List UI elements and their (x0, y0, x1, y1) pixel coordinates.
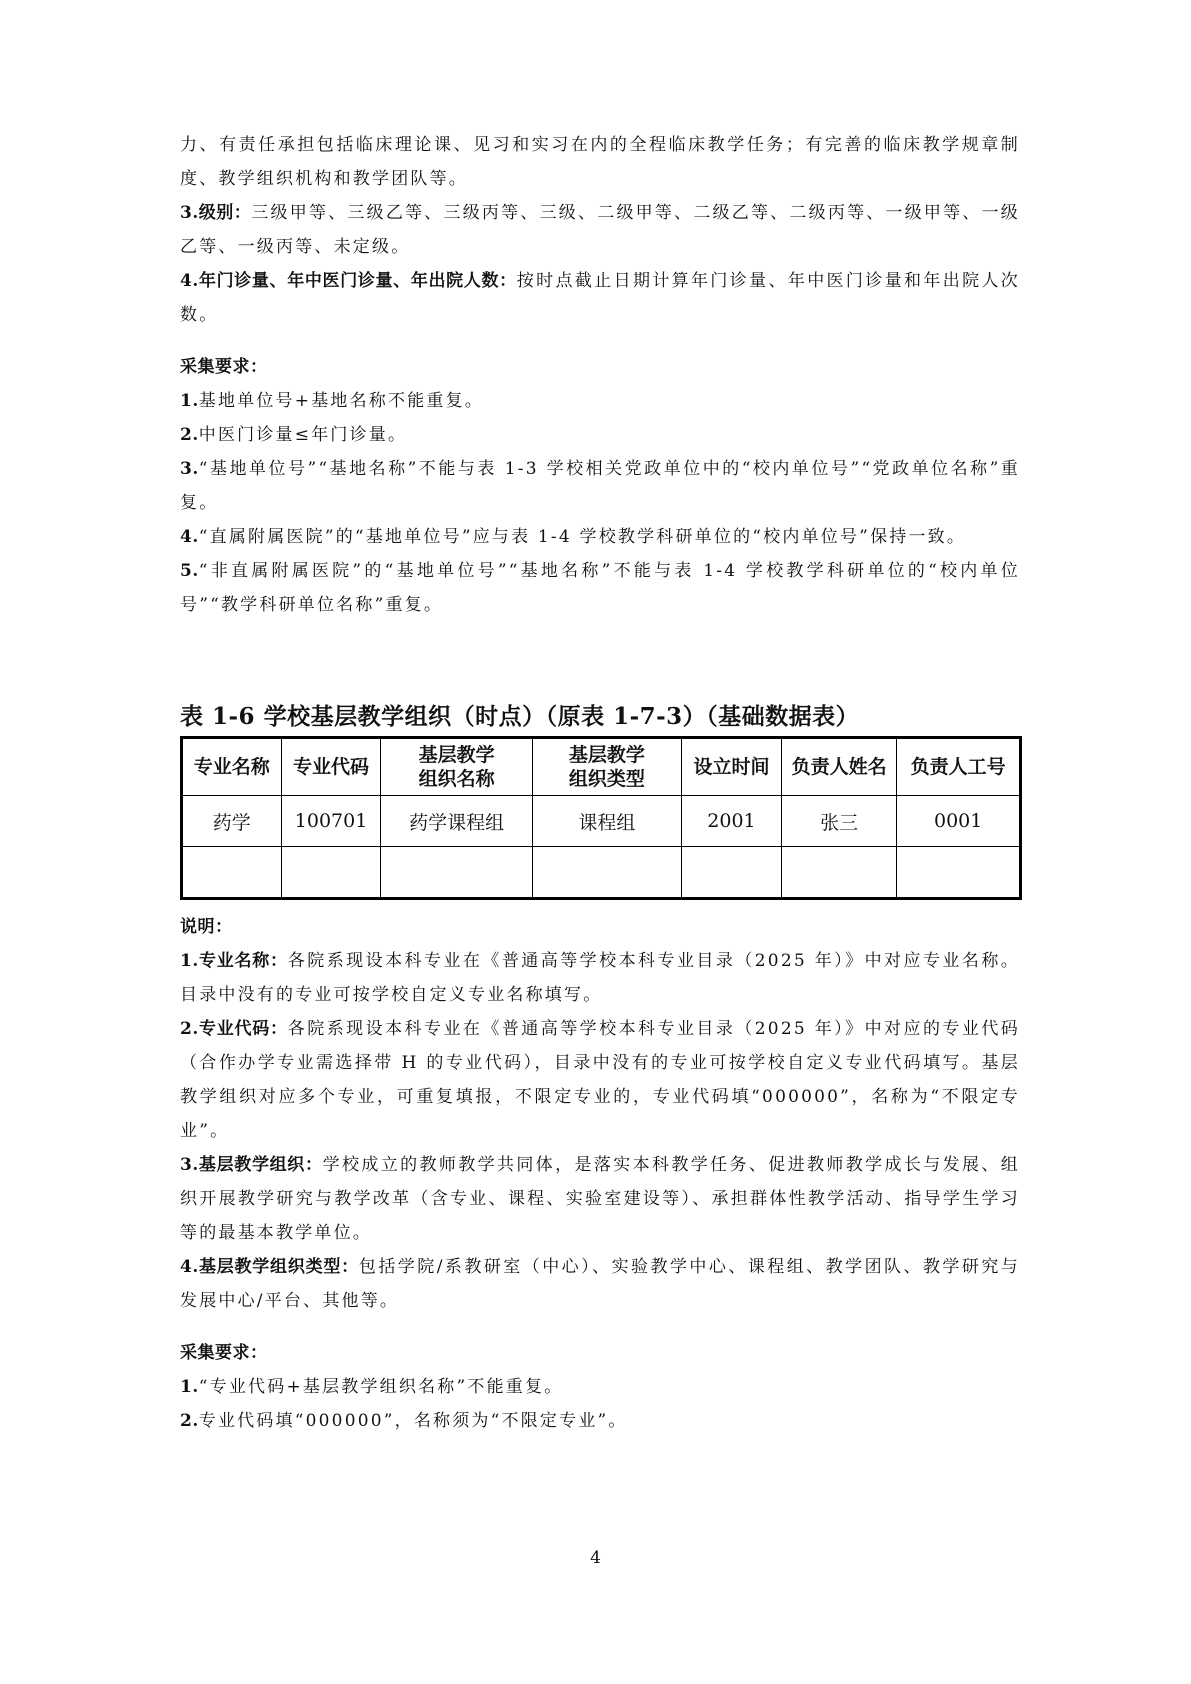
item-number: 3. (180, 459, 199, 479)
requirement-item: 1.“专业代码+基层教学组织名称”不能重复。 (180, 1370, 1020, 1404)
item-label: 4.年门诊量、年中医门诊量、年出院人数： (180, 271, 517, 291)
item-text: 专业代码填“000000”，名称须为“不限定专业”。 (199, 1411, 628, 1431)
spacer (180, 332, 1020, 350)
cell-leader-name (781, 847, 897, 899)
cell-major-code: 100701 (281, 796, 381, 847)
header-leader-name: 负责人姓名 (781, 738, 897, 796)
cell-major-code (281, 847, 381, 899)
item-number: 2. (180, 425, 199, 445)
item-text: “专业代码+基层教学组织名称”不能重复。 (199, 1377, 564, 1397)
requirement-item: 3.“基地单位号”“基地名称”不能与表 1-3 学校相关党政单位中的“校内单位号… (180, 452, 1020, 520)
header-established: 设立时间 (682, 738, 782, 796)
note-label: 1.专业名称： (180, 951, 288, 971)
note-label: 3.基层教学组织： (180, 1155, 323, 1175)
cell-established: 2001 (682, 796, 782, 847)
table-header-row: 专业名称 专业代码 基层教学组织名称 基层教学组织类型 设立时间 负责人姓名 负… (182, 738, 1021, 796)
requirement-item: 5.“非直属附属医院”的“基地单位号”“基地名称”不能与表 1-4 学校教学科研… (180, 554, 1020, 622)
requirement-item: 4.“直属附属医院”的“基地单位号”应与表 1-4 学校教学科研单位的“校内单位… (180, 520, 1020, 554)
cell-org-type: 课程组 (532, 796, 681, 847)
requirement-item: 1.基地单位号+基地名称不能重复。 (180, 384, 1020, 418)
header-org-type: 基层教学组织类型 (532, 738, 681, 796)
requirement-item: 2.专业代码填“000000”，名称须为“不限定专业”。 (180, 1404, 1020, 1438)
header-org-name: 基层教学组织名称 (381, 738, 532, 796)
header-leader-id: 负责人工号 (897, 738, 1021, 796)
item-text: 三级甲等、三级乙等、三级丙等、三级、二级甲等、二级乙等、二级丙等、一级甲等、一级… (180, 203, 1020, 257)
note-item: 4.基层教学组织类型：包括学院/系教研室（中心）、实验教学中心、课程组、教学团队… (180, 1250, 1020, 1318)
cell-major-name (182, 847, 282, 899)
paragraph-continued: 力、有责任承担包括临床理论课、见习和实习在内的全程临床教学任务；有完善的临床教学… (180, 128, 1020, 196)
item-visits: 4.年门诊量、年中医门诊量、年出院人数：按时点截止日期计算年门诊量、年中医门诊量… (180, 264, 1020, 332)
item-number: 4. (180, 527, 199, 547)
item-level: 3.级别：三级甲等、三级乙等、三级丙等、三级、二级甲等、二级乙等、二级丙等、一级… (180, 196, 1020, 264)
note-label: 2.专业代码： (180, 1019, 288, 1039)
item-text: 基地单位号+基地名称不能重复。 (199, 391, 484, 411)
header-major-code: 专业代码 (281, 738, 381, 796)
note-item: 3.基层教学组织：学校成立的教师教学共同体，是落实本科教学任务、促进教师教学成长… (180, 1148, 1020, 1250)
item-text: 中医门诊量≤年门诊量。 (199, 425, 407, 445)
cell-leader-id: 0001 (897, 796, 1021, 847)
spacer (180, 1318, 1020, 1336)
notes-section: 说明： 1.专业名称：各院系现设本科专业在《普通高等学校本科专业目录（2025 … (180, 910, 1020, 1438)
item-text: “直属附属医院”的“基地单位号”应与表 1-4 学校教学科研单位的“校内单位号”… (199, 527, 966, 547)
item-number: 5. (180, 561, 199, 581)
table-title: 表 1-6 学校基层教学组织（时点）（原表 1-7-3）（基础数据表） (180, 698, 859, 731)
item-number: 2. (180, 1411, 199, 1431)
note-item: 2.专业代码：各院系现设本科专业在《普通高等学校本科专业目录（2025 年）》中… (180, 1012, 1020, 1148)
item-text: “非直属附属医院”的“基地单位号”“基地名称”不能与表 1-4 学校教学科研单位… (180, 561, 1020, 615)
header-major-name: 专业名称 (182, 738, 282, 796)
note-item: 1.专业名称：各院系现设本科专业在《普通高等学校本科专业目录（2025 年）》中… (180, 944, 1020, 1012)
requirements-heading: 采集要求： (180, 350, 1020, 384)
cell-leader-name: 张三 (781, 796, 897, 847)
notes-heading: 说明： (180, 910, 1020, 944)
item-label: 3.级别： (180, 203, 251, 223)
cell-org-name: 药学课程组 (381, 796, 532, 847)
item-number: 1. (180, 1377, 199, 1397)
item-number: 1. (180, 391, 199, 411)
cell-org-type (532, 847, 681, 899)
top-section: 力、有责任承担包括临床理论课、见习和实习在内的全程临床教学任务；有完善的临床教学… (180, 128, 1020, 622)
requirement-item: 2.中医门诊量≤年门诊量。 (180, 418, 1020, 452)
table-row: 药学 100701 药学课程组 课程组 2001 张三 0001 (182, 796, 1021, 847)
note-text: 各院系现设本科专业在《普通高等学校本科专业目录（2025 年）》中对应的专业代码… (180, 1019, 1020, 1141)
note-text: 各院系现设本科专业在《普通高等学校本科专业目录（2025 年）》中对应专业名称。… (180, 951, 1020, 1005)
cell-major-name: 药学 (182, 796, 282, 847)
cell-established (682, 847, 782, 899)
table-row-empty (182, 847, 1021, 899)
data-table: 专业名称 专业代码 基层教学组织名称 基层教学组织类型 设立时间 负责人姓名 负… (180, 736, 1022, 900)
page-number: 4 (0, 1548, 1191, 1568)
requirements-heading: 采集要求： (180, 1336, 1020, 1370)
cell-org-name (381, 847, 532, 899)
cell-leader-id (897, 847, 1021, 899)
item-text: “基地单位号”“基地名称”不能与表 1-3 学校相关党政单位中的“校内单位号”“… (180, 459, 1020, 513)
note-label: 4.基层教学组织类型： (180, 1257, 359, 1277)
